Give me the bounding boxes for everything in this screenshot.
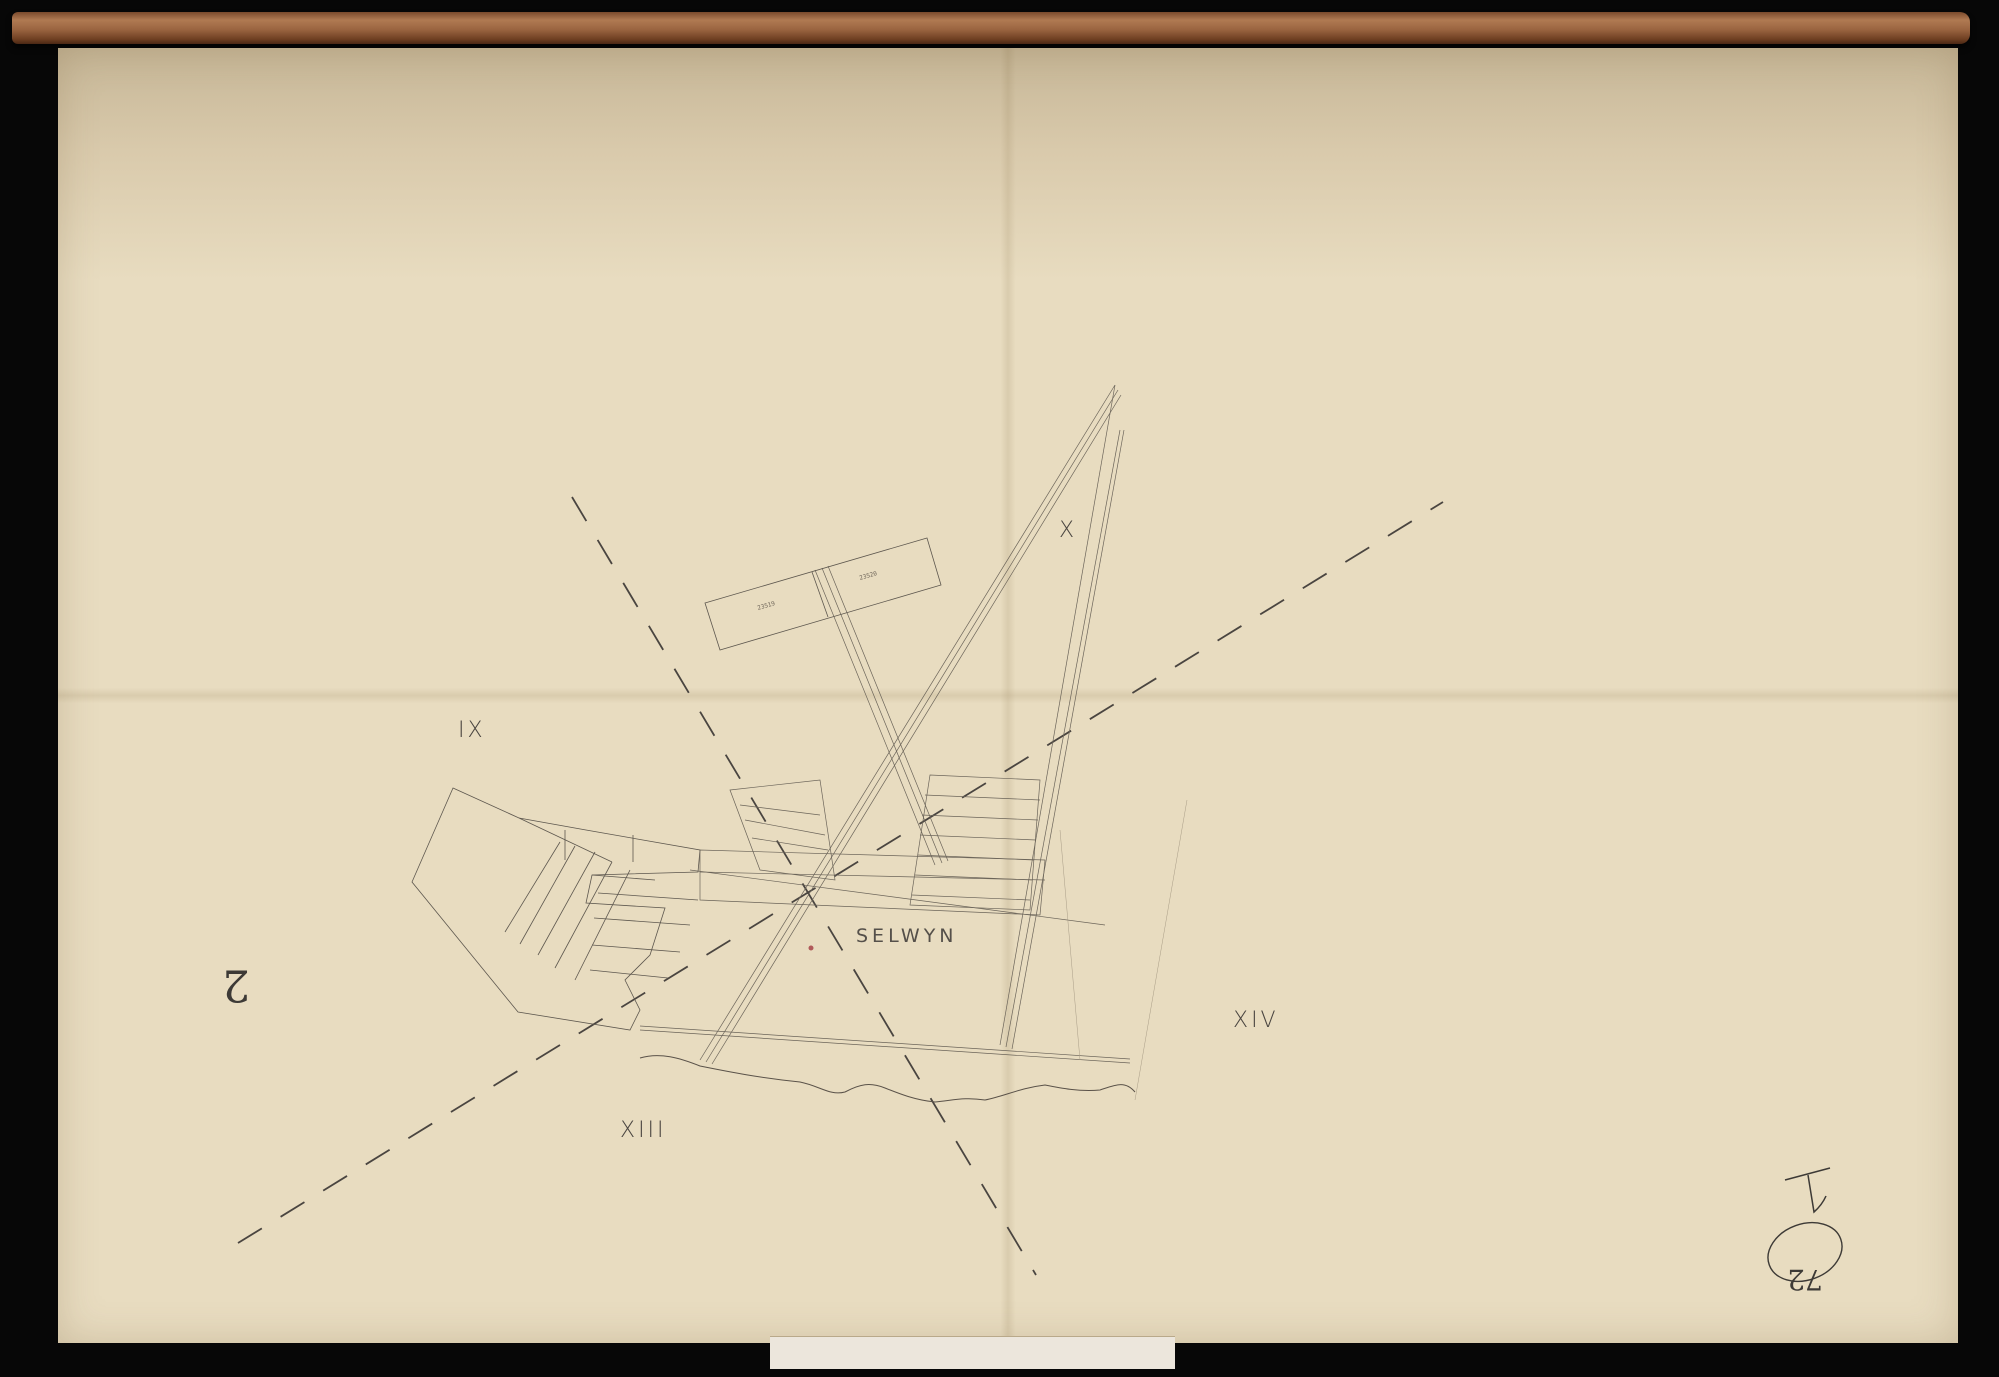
region-label-xiv: XIV [1233, 1008, 1279, 1033]
region-label-ix: IX [458, 718, 486, 743]
construction-lines [1060, 800, 1187, 1100]
corner-circled-number: 72 [1787, 1263, 1823, 1296]
survey-marker [809, 946, 814, 951]
lot-number: 23520 [859, 570, 879, 582]
parcel-cluster-west [412, 788, 700, 1030]
left-margin-mark: 2 [222, 959, 250, 1010]
t-mark-glyph [1785, 1168, 1830, 1212]
survey-map: 23519 23520 IX X XIII XIV SELWYN 2 72 [0, 0, 1999, 1377]
town-label-selwyn: SELWYN [856, 925, 958, 947]
lot-number: 23519 [757, 600, 777, 612]
road-reserve-north [815, 566, 948, 865]
boundary-line-nw-se [572, 497, 1036, 1275]
region-label-x: X [1059, 518, 1077, 543]
north-lot-pair [705, 538, 941, 650]
region-label-xiii: XIII [620, 1118, 667, 1143]
watercourse [640, 1056, 1135, 1102]
road-reserve-east [1000, 385, 1124, 1049]
township-blocks [640, 775, 1130, 1063]
road-reserve-west [700, 385, 1121, 1064]
